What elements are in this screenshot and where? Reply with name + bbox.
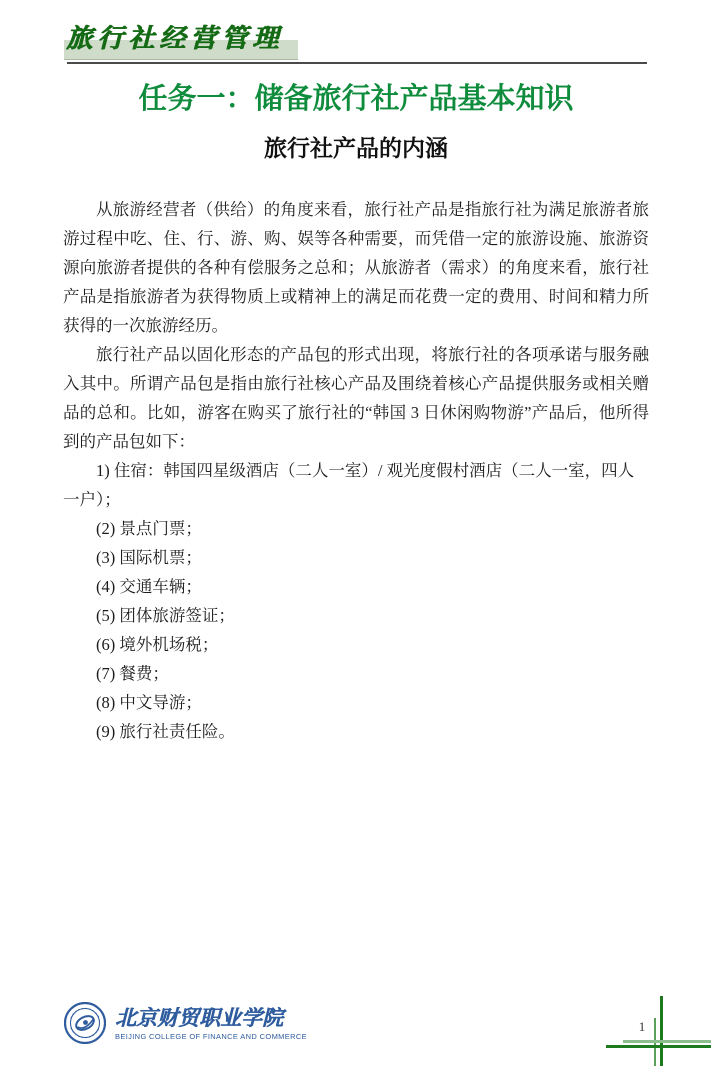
corner-line-horizontal-dark (606, 1045, 711, 1048)
product-list-item: (4) 交通车辆； (63, 572, 649, 601)
corner-line-vertical-dark (660, 996, 663, 1066)
product-list-item: 1) 住宿：韩国四星级酒店（二人一室）/ 观光度假村酒店（二人一室，四人一户）； (63, 456, 649, 514)
college-emblem-icon (64, 1002, 106, 1044)
page-title: 任务一：储备旅行社产品基本知识 (63, 82, 649, 116)
college-logo: 北京财贸职业学院 BEIJING COLLEGE OF FINANCE AND … (64, 1002, 307, 1044)
product-list-item: (8) 中文导游； (63, 688, 649, 717)
college-name-block: 北京财贸职业学院 BEIJING COLLEGE OF FINANCE AND … (115, 1005, 307, 1041)
body-text: 从旅游经营者（供给）的角度来看，旅行社产品是指旅行社为满足旅游者旅游过程中吃、住… (63, 195, 649, 746)
product-list-item: (5) 团体旅游签证； (63, 601, 649, 630)
product-list-item: (2) 景点门票； (63, 514, 649, 543)
college-name-en: BEIJING COLLEGE OF FINANCE AND COMMERCE (115, 1032, 307, 1041)
book-title: 旅行社经营管理 (66, 24, 283, 54)
body-paragraph: 从旅游经营者（供给）的角度来看，旅行社产品是指旅行社为满足旅游者旅游过程中吃、住… (63, 195, 649, 340)
document-page: 旅行社经营管理 任务一：储备旅行社产品基本知识 旅行社产品的内涵 从旅游经营者（… (0, 0, 711, 1066)
header-rule (67, 62, 647, 64)
product-list-item: (9) 旅行社责任险。 (63, 717, 649, 746)
product-list-item: (6) 境外机场税； (63, 630, 649, 659)
section-title: 旅行社产品的内涵 (63, 134, 649, 162)
product-package-list: 1) 住宿：韩国四星级酒店（二人一室）/ 观光度假村酒店（二人一室，四人一户）；… (63, 456, 649, 746)
college-name-cn: 北京财贸职业学院 (115, 1005, 307, 1031)
body-paragraph: 旅行社产品以固化形态的产品包的形式出现，将旅行社的各项承诺与服务融入其中。所谓产… (63, 340, 649, 456)
page-number: 1 (634, 1019, 650, 1035)
corner-line-horizontal-light (623, 1040, 711, 1043)
running-head: 旅行社经营管理 (66, 24, 283, 54)
body-paragraphs: 从旅游经营者（供给）的角度来看，旅行社产品是指旅行社为满足旅游者旅游过程中吃、住… (63, 195, 649, 456)
product-list-item: (3) 国际机票； (63, 543, 649, 572)
product-list-item: (7) 餐费； (63, 659, 649, 688)
